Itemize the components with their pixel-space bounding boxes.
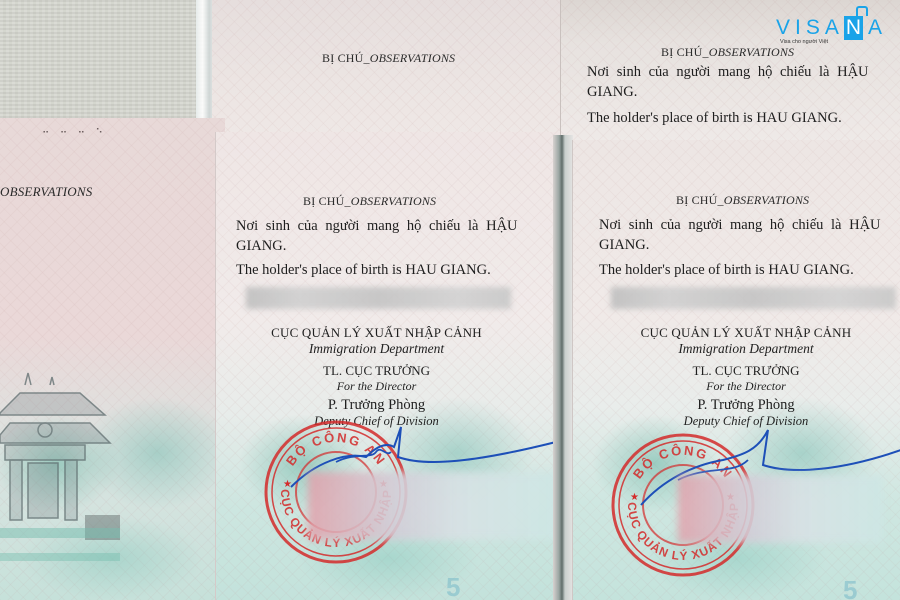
redacted-name — [308, 472, 558, 540]
authority-en: Immigration Department — [606, 341, 886, 357]
logo-wordmark: VISANA — [776, 16, 887, 40]
braille-dots: ⠒ ⠒ ⠒ ⠑ — [42, 128, 107, 139]
authority-vn: CỤC QUẢN LÝ XUẤT NHẬP CẢNH — [606, 325, 886, 341]
logo-prefix: VISA — [776, 16, 844, 39]
logo-highlight: N — [844, 16, 863, 40]
director-en: For the Director — [606, 379, 886, 394]
observation-note-en: The holder's place of birth is HAU GIANG… — [236, 262, 491, 279]
authority-en: Immigration Department — [244, 341, 509, 357]
title-en: OBSERVATIONS — [0, 184, 92, 199]
guilloche-pattern — [212, 0, 562, 140]
issuing-authority-block: CỤC QUẢN LÝ XUẤT NHẬP CẢNH Immigration D… — [244, 325, 509, 429]
visana-logo: VISANA Visa cho người Việt — [776, 2, 894, 48]
observations-title: BỊ CHÚ_OBSERVATIONS — [661, 45, 794, 60]
passport-page-left: ⠒ ⠒ ⠒ ⠑ OBSERVATIONS — [0, 118, 225, 600]
director-en: For the Director — [244, 379, 509, 394]
title-en: OBSERVATIONS — [724, 193, 810, 207]
stamp-star-icon: ★ — [283, 479, 292, 490]
logo-suffix: A — [868, 16, 887, 39]
passport-page-center: BỊ CHÚ_OBSERVATIONS Nơi sinh của người m… — [215, 132, 560, 600]
observation-note-en: The holder's place of birth is HAU GIANG… — [599, 262, 854, 279]
redacted-name — [678, 475, 883, 543]
redacted-field — [246, 287, 511, 309]
temple-illustration — [0, 363, 120, 593]
svg-text:BỘ CÔNG AN: BỘ CÔNG AN — [283, 430, 389, 469]
observation-note-vn: Nơi sinh của người mang hộ chiếu là HẬU … — [599, 215, 899, 255]
stamp-text-top: BỘ CÔNG AN — [283, 430, 389, 469]
observation-note-vn: Nơi sinh của người mang hộ chiếu là HẬU … — [236, 216, 536, 256]
redacted-field — [611, 287, 896, 309]
title-en: OBSERVATIONS — [370, 51, 456, 65]
title-vn: BỊ CHÚ_ — [322, 51, 370, 65]
director-vn: TL. CỤC TRƯỞNG — [244, 363, 509, 379]
chief-vn: P. Trưởng Phòng — [244, 397, 509, 414]
page-number: 5 — [446, 572, 460, 600]
observation-note-en: The holder's place of birth is HAU GIANG… — [587, 110, 842, 127]
observation-note-vn: Nơi sinh của người mang hộ chiếu là HẬU … — [587, 62, 892, 102]
observations-title: BỊ CHÚ_OBSERVATIONS — [303, 194, 436, 209]
chief-vn: P. Trưởng Phòng — [606, 397, 886, 414]
chief-en: Deputy Chief of Division — [606, 414, 886, 429]
issuing-authority-block: CỤC QUẢN LÝ XUẤT NHẬP CẢNH Immigration D… — [606, 325, 886, 429]
passport-page-back-center: BỊ CHÚ_OBSERVATIONS — [212, 0, 562, 140]
observations-title: BỊ CHÚ_OBSERVATIONS — [322, 51, 455, 66]
authority-vn: CỤC QUẢN LÝ XUẤT NHẬP CẢNH — [244, 325, 509, 341]
title-vn: BỊ CHÚ_ — [676, 193, 724, 207]
director-vn: TL. CỤC TRƯỞNG — [606, 363, 886, 379]
title-vn: BỊ CHÚ_ — [303, 194, 351, 208]
title-en: OBSERVATIONS — [351, 194, 437, 208]
suitcase-handle-icon — [856, 6, 868, 16]
passport-spine — [553, 135, 573, 600]
background-fabric — [0, 0, 210, 120]
logo-tagline: Visa cho người Việt — [780, 39, 828, 45]
page-number: 5 — [843, 575, 857, 600]
observations-title: BỊ CHÚ_OBSERVATIONS — [676, 193, 809, 208]
stamp-star-icon: ★ — [630, 492, 639, 503]
observations-title: OBSERVATIONS — [0, 184, 92, 200]
passport-page-right: BỊ CHÚ_OBSERVATIONS Nơi sinh của người m… — [572, 140, 900, 600]
title-vn: BỊ CHÚ_ — [661, 45, 709, 59]
